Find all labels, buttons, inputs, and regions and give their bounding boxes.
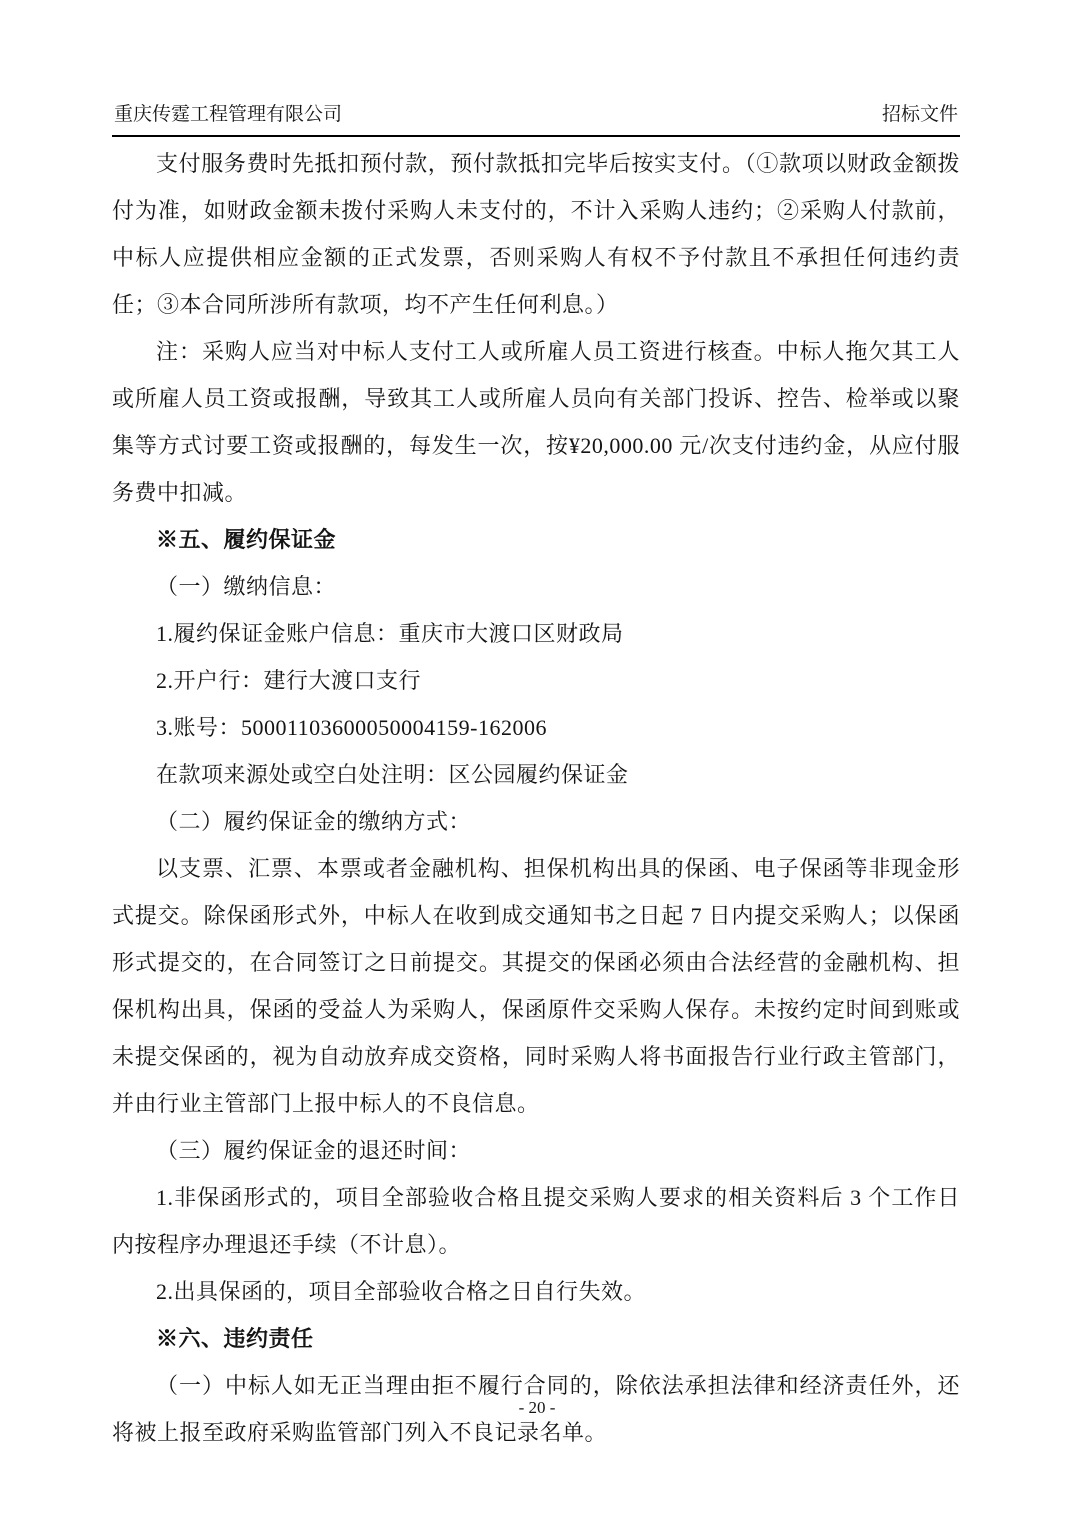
- body-paragraph: 在款项来源处或空白处注明：区公园履约保证金: [112, 751, 960, 798]
- body-paragraph: 2.开户行：建行大渡口支行: [112, 657, 960, 704]
- page-header: 重庆传霆工程管理有限公司 招标文件: [112, 102, 960, 135]
- header-company-name: 重庆传霆工程管理有限公司: [114, 102, 342, 128]
- page-footer: - 20 -: [0, 1398, 1074, 1418]
- body-paragraph: 注：采购人应当对中标人支付工人或所雇人员工资进行核查。中标人拖欠其工人或所雇人员…: [112, 328, 960, 516]
- body-paragraph: 支付服务费时先抵扣预付款，预付款抵扣完毕后按实支付。（①款项以财政金额拨付为准，…: [112, 140, 960, 328]
- body-paragraph: 2.出具保函的，项目全部验收合格之日自行失效。: [112, 1268, 960, 1315]
- body-paragraph: （二）履约保证金的缴纳方式：: [112, 798, 960, 845]
- page-number: - 20 -: [519, 1398, 556, 1417]
- document-page: 重庆传霆工程管理有限公司 招标文件 支付服务费时先抵扣预付款，预付款抵扣完毕后按…: [0, 0, 1074, 1520]
- body-paragraph: 1.履约保证金账户信息：重庆市大渡口区财政局: [112, 610, 960, 657]
- body-paragraph: 1.非保函形式的，项目全部验收合格且提交采购人要求的相关资料后 3 个工作日内按…: [112, 1174, 960, 1268]
- body-paragraph: （一）缴纳信息：: [112, 563, 960, 610]
- header-doc-type: 招标文件: [882, 102, 958, 128]
- body-paragraph: （三）履约保证金的退还时间：: [112, 1127, 960, 1174]
- body-paragraph: 以支票、汇票、本票或者金融机构、担保机构出具的保函、电子保函等非现金形式提交。除…: [112, 845, 960, 1127]
- section-heading: ※五、履约保证金: [112, 516, 960, 563]
- document-body: 支付服务费时先抵扣预付款，预付款抵扣完毕后按实支付。（①款项以财政金额拨付为准，…: [112, 140, 960, 1456]
- body-paragraph: 3.账号：50001103600050004159-162006: [112, 704, 960, 751]
- section-heading: ※六、违约责任: [112, 1315, 960, 1362]
- header-rule: [112, 135, 960, 137]
